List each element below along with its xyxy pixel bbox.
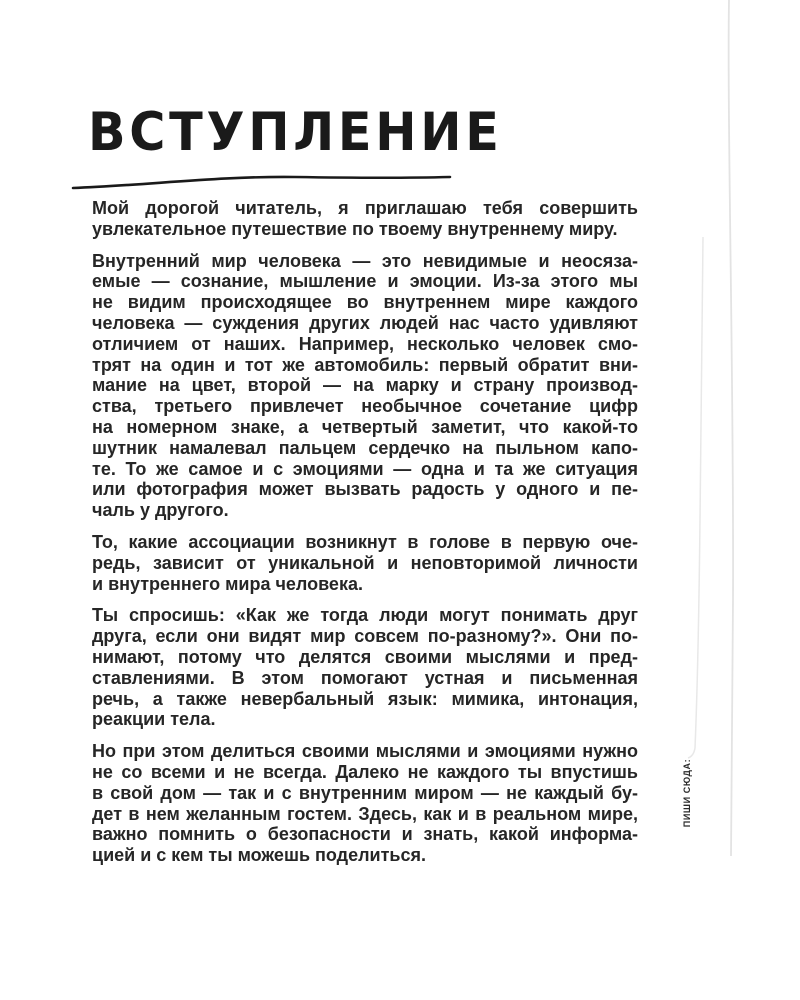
text-line: не со всеми и не всегда. Далеко не каждо… [92, 762, 638, 783]
text-line: цией и с кем ты можешь поделиться. [92, 845, 638, 866]
text-line: важно помнить о безопасности и знать, ка… [92, 824, 638, 845]
text-line: ства, третьего привлечет необычное сочет… [92, 396, 638, 417]
text-line: человека — суждения других людей нас час… [92, 313, 638, 334]
text-line: не видим происходящее во внутреннем мире… [92, 292, 638, 313]
body-text: Мой дорогой читатель, я приглашаю тебя с… [92, 198, 638, 877]
title-underline [70, 170, 454, 194]
text-line: те. То же самое и с эмоциями — одна и та… [92, 459, 638, 480]
paragraph: Ты спросишь: «Как же тогда люди могут по… [92, 605, 638, 730]
text-line: чаль у другого. [92, 500, 638, 521]
margin-note: ПИШИ СЮДА: [682, 759, 692, 827]
text-line: Ты спросишь: «Как же тогда люди могут по… [92, 605, 638, 626]
text-line: и внутреннего мира человека. [92, 574, 638, 595]
text-line: на номерном знаке, а четвертый заметит, … [92, 417, 638, 438]
text-line: или фотография может вызвать радость у о… [92, 479, 638, 500]
text-line: в свой дом — так и с внутренним миром — … [92, 783, 638, 804]
paragraph: Но при этом делиться своими мыслями и эм… [92, 741, 638, 866]
text-line: речь, а также невербальный язык: мимика,… [92, 689, 638, 710]
text-line: редь, зависит от уникальной и неповторим… [92, 553, 638, 574]
text-line: отличием от наших. Например, несколько ч… [92, 334, 638, 355]
text-line: емые — сознание, мышление и эмоции. Из-з… [92, 271, 638, 292]
text-line: нимают, потому что делятся своими мыслям… [92, 647, 638, 668]
text-line: увлекательное путешествие по твоему внут… [92, 219, 638, 240]
text-line: дет в нем желанным гостем. Здесь, как и … [92, 804, 638, 825]
text-line: мание на цвет, второй — на марку и стран… [92, 375, 638, 396]
text-line: Внутренний мир человека — это невидимые … [92, 251, 638, 272]
paragraph: То, какие ассоциации возникнут в голове … [92, 532, 638, 594]
text-line: реакции тела. [92, 709, 638, 730]
text-line: То, какие ассоциации возникнут в голове … [92, 532, 638, 553]
text-line: ставлениями. В этом помогают устная и пи… [92, 668, 638, 689]
text-line: друга, если они видят мир совсем по-разн… [92, 626, 638, 647]
text-line: шутник намалевал пальцем сердечко на пыл… [92, 438, 638, 459]
book-page: ВСТУПЛЕНИЕ Мой дорогой читатель, я пригл… [0, 0, 800, 1000]
paragraph: Внутренний мир человека — это невидимые … [92, 251, 638, 521]
page-title: ВСТУПЛЕНИЕ [88, 106, 503, 159]
text-line: Мой дорогой читатель, я приглашаю тебя с… [92, 198, 638, 219]
text-line: трят на один и тот же автомобиль: первый… [92, 355, 638, 376]
paragraph: Мой дорогой читатель, я приглашаю тебя с… [92, 198, 638, 240]
text-line: Но при этом делиться своими мыслями и эм… [92, 741, 638, 762]
